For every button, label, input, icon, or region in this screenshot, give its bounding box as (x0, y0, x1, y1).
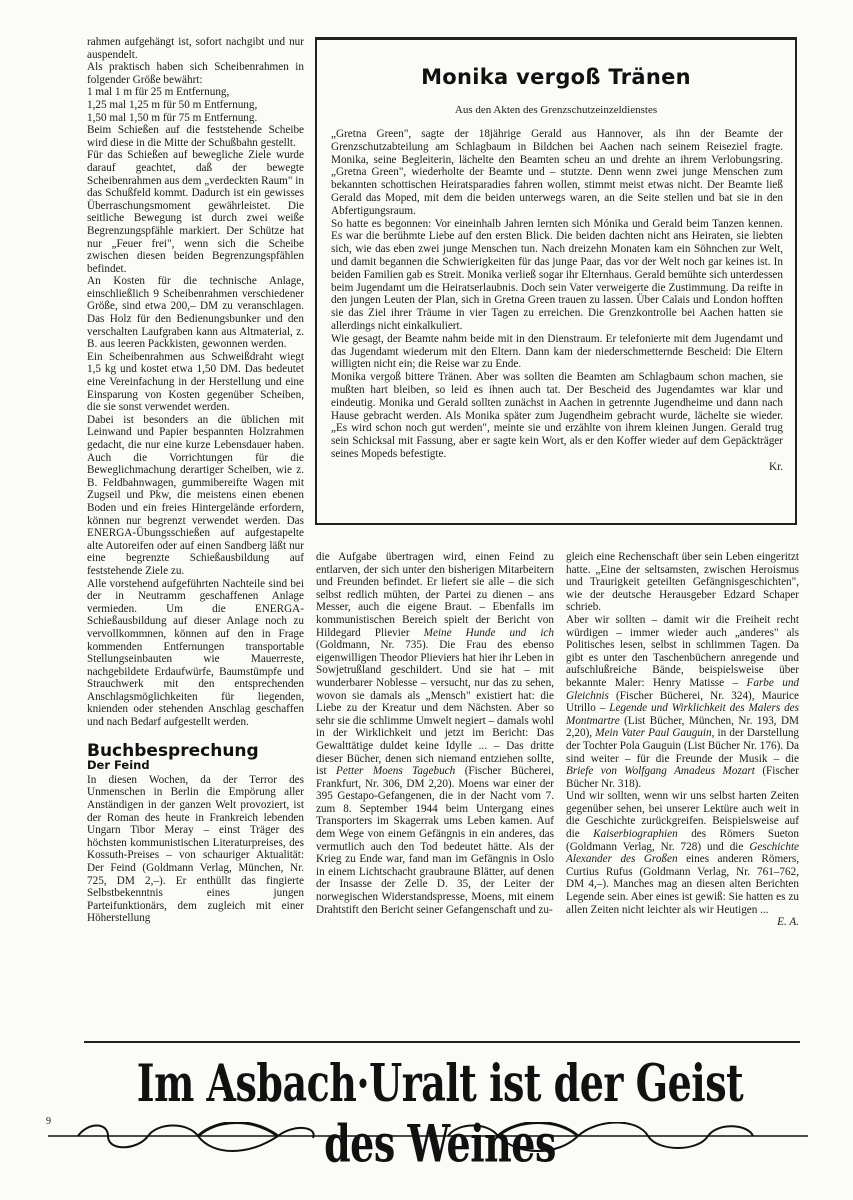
article-body: „Gretna Green", sagte der 18jährige Gera… (331, 128, 783, 474)
paragraph: Und wir sollten, wenn wir uns selbst har… (566, 790, 799, 916)
text-run: (Fischer Bücherei, Frankfurt, Nr. 306, D… (316, 765, 554, 916)
signature-text: E. A. (777, 916, 799, 928)
author-signature: Kr. (331, 461, 783, 474)
book-title: Kaiserbiographien (593, 828, 678, 840)
book-title: Petter Moens Tagebuch (336, 765, 455, 777)
text-run: die Aufgabe übertragen wird, einen Feind… (316, 551, 554, 639)
size-list-item: 1,50 mal 1,50 m für 75 m Entfernung. (87, 112, 304, 125)
book-title: Mein Vater Paul Gauguin, (595, 727, 714, 739)
size-list-item: 1,25 mal 1,25 m für 50 m Entfernung, (87, 99, 304, 112)
calligraphic-flourish-icon (48, 1122, 808, 1162)
book-title: Briefe von Wolfgang Amadeus Mozart (566, 765, 755, 777)
paragraph: An Kosten für die technische Anlage, ein… (87, 275, 304, 351)
review-subheading: Der Feind (87, 759, 304, 772)
section-heading: Buchbesprechung (87, 745, 304, 758)
article-title: Monika vergoß Tränen (317, 65, 795, 89)
text-run: (Goldmann, Nr. 735). Die Frau des ebenso… (316, 639, 554, 777)
paragraph: So hatte es begonnen: Vor eineinhalb Jah… (331, 218, 783, 333)
horizontal-rule (84, 1041, 800, 1043)
paragraph: Aber wir sollten – damit wir die Freihei… (566, 614, 799, 790)
right-review-column: gleich eine Rechenschaft über sein Leben… (566, 551, 799, 929)
paragraph: Beim Schießen auf die feststehende Schei… (87, 124, 304, 149)
paragraph: Für das Schießen auf bewegliche Ziele wu… (87, 149, 304, 275)
book-title: Meine Hunde und ich (424, 627, 554, 639)
paragraph: Wie gesagt, der Beamte nahm beide mit in… (331, 333, 783, 371)
paragraph: „Gretna Green", sagte der 18jährige Gera… (331, 128, 783, 218)
paragraph: Dabei ist besonders an die üblichen mit … (87, 414, 304, 578)
page-number: 9 (46, 1116, 51, 1127)
middle-review-column: die Aufgabe übertragen wird, einen Feind… (316, 551, 554, 916)
paragraph: Monika vergoß bittere Tränen. Aber was s… (331, 371, 783, 461)
paragraph: Alle vorstehend aufgeführten Nachteile s… (87, 578, 304, 729)
asbach-advertisement: Im Asbach·Uralt ist der Geist des Weines (100, 1060, 780, 1170)
paragraph: Ein Scheibenrahmen aus Schweißdraht wieg… (87, 351, 304, 414)
author-signature: E. A. (566, 916, 799, 929)
paragraph: die Aufgabe übertragen wird, einen Feind… (316, 551, 554, 916)
left-article-column: rahmen aufgehängt ist, sofort nachgibt u… (87, 36, 304, 925)
paragraph: rahmen aufgehängt ist, sofort nachgibt u… (87, 36, 304, 61)
paragraph: gleich eine Rechenschaft über sein Leben… (566, 551, 799, 614)
article-subtitle: Aus den Akten des Grenzschutzeinzeldiens… (317, 104, 795, 116)
paragraph: Als praktisch haben sich Scheibenrahmen … (87, 61, 304, 86)
boxed-article: Monika vergoß Tränen Aus den Akten des G… (315, 37, 797, 525)
size-list-item: 1 mal 1 m für 25 m Entfernung, (87, 86, 304, 99)
review-paragraph: In diesen Wochen, da der Terror des Unme… (87, 774, 304, 925)
